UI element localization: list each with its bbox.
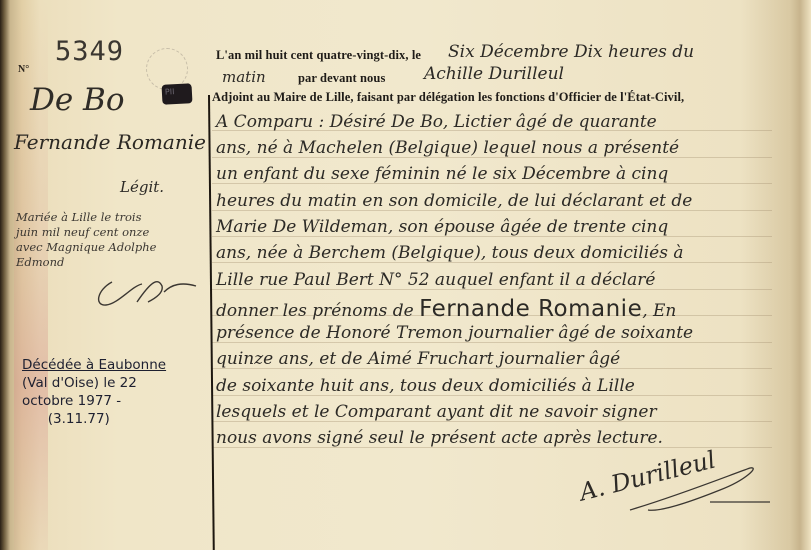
body-line: A Comparu : Désiré De Bo, Lictier âgé de…	[216, 112, 657, 132]
header-handwritten-1: Six Décembre Dix heures du	[448, 42, 694, 62]
record-number-label: N°	[18, 64, 29, 75]
death-note-line: (3.11.77)	[22, 410, 166, 428]
body-line: présence de Honoré Tremon journalier âgé…	[216, 323, 693, 343]
body-line: ans, né à Machelen (Belgique) lequel nou…	[216, 138, 679, 158]
marriage-note-line: avec Magnique Adolphe	[16, 240, 156, 255]
marriage-note-line: juin mil neuf cent onze	[16, 225, 156, 240]
legitimacy-mark: Légit.	[120, 178, 164, 196]
signature-flourish	[570, 450, 790, 530]
body-line: Lille rue Paul Bert N° 52 auquel enfant …	[216, 270, 655, 290]
officer-signature: A. Durilleul	[570, 450, 790, 530]
death-note: Décédée à Eaubonne(Val d'Oise) le 22octo…	[22, 356, 166, 428]
header-printed-3: Adjoint au Maire de Lille, faisant par d…	[212, 90, 684, 105]
names-suffix: , En	[642, 301, 676, 321]
header-handwritten-pre-2: matin	[222, 68, 266, 86]
header-printed-1: L'an mil huit cent quatre-vingt-dix, le	[216, 48, 421, 63]
death-note-line: octobre 1977 -	[22, 392, 166, 410]
body-line: nous avons signé seul le présent acte ap…	[216, 428, 663, 448]
body-line-names: donner les prénoms de Fernande Romanie, …	[216, 296, 676, 322]
stamp-text: PII	[165, 87, 175, 96]
marriage-note: Mariée à Lille le trois juin mil neuf ce…	[16, 210, 156, 270]
record-number: 5349	[55, 36, 124, 67]
child-name: Fernande Romanie	[419, 296, 642, 322]
body-line: de soixante huit ans, tous deux domicili…	[216, 376, 635, 396]
body-line: quinze ans, et de Aimé Fruchart journali…	[216, 349, 620, 369]
given-names: Fernande Romanie	[14, 130, 206, 154]
names-prefix: donner les prénoms de	[216, 301, 414, 321]
surname: De Bo	[30, 82, 125, 118]
header-printed-2: par devant nous	[298, 71, 385, 86]
marriage-note-line: Edmond	[16, 255, 156, 270]
officer-name: Achille Durilleul	[424, 64, 564, 84]
body-line: Marie De Wildeman, son épouse âgée de tr…	[216, 217, 668, 237]
ink-stamp: PII	[161, 83, 192, 105]
marriage-note-line: Mariée à Lille le trois	[16, 210, 156, 225]
marginal-signature	[92, 272, 202, 312]
margin-rule	[208, 95, 215, 550]
body-line: un enfant du sexe féminin né le six Déce…	[216, 164, 668, 184]
body-line: ans, née à Berchem (Belgique), tous deux…	[216, 243, 684, 263]
body-line: lesquels et le Comparant ayant dit ne sa…	[216, 402, 657, 422]
death-note-line: Décédée à Eaubonne	[22, 356, 166, 374]
body-line: heures du matin en son domicile, de lui …	[216, 191, 692, 211]
register-page: N° 5349 PII De Bo Fernande Romanie Légit…	[0, 0, 811, 550]
death-note-line: (Val d'Oise) le 22	[22, 374, 166, 392]
